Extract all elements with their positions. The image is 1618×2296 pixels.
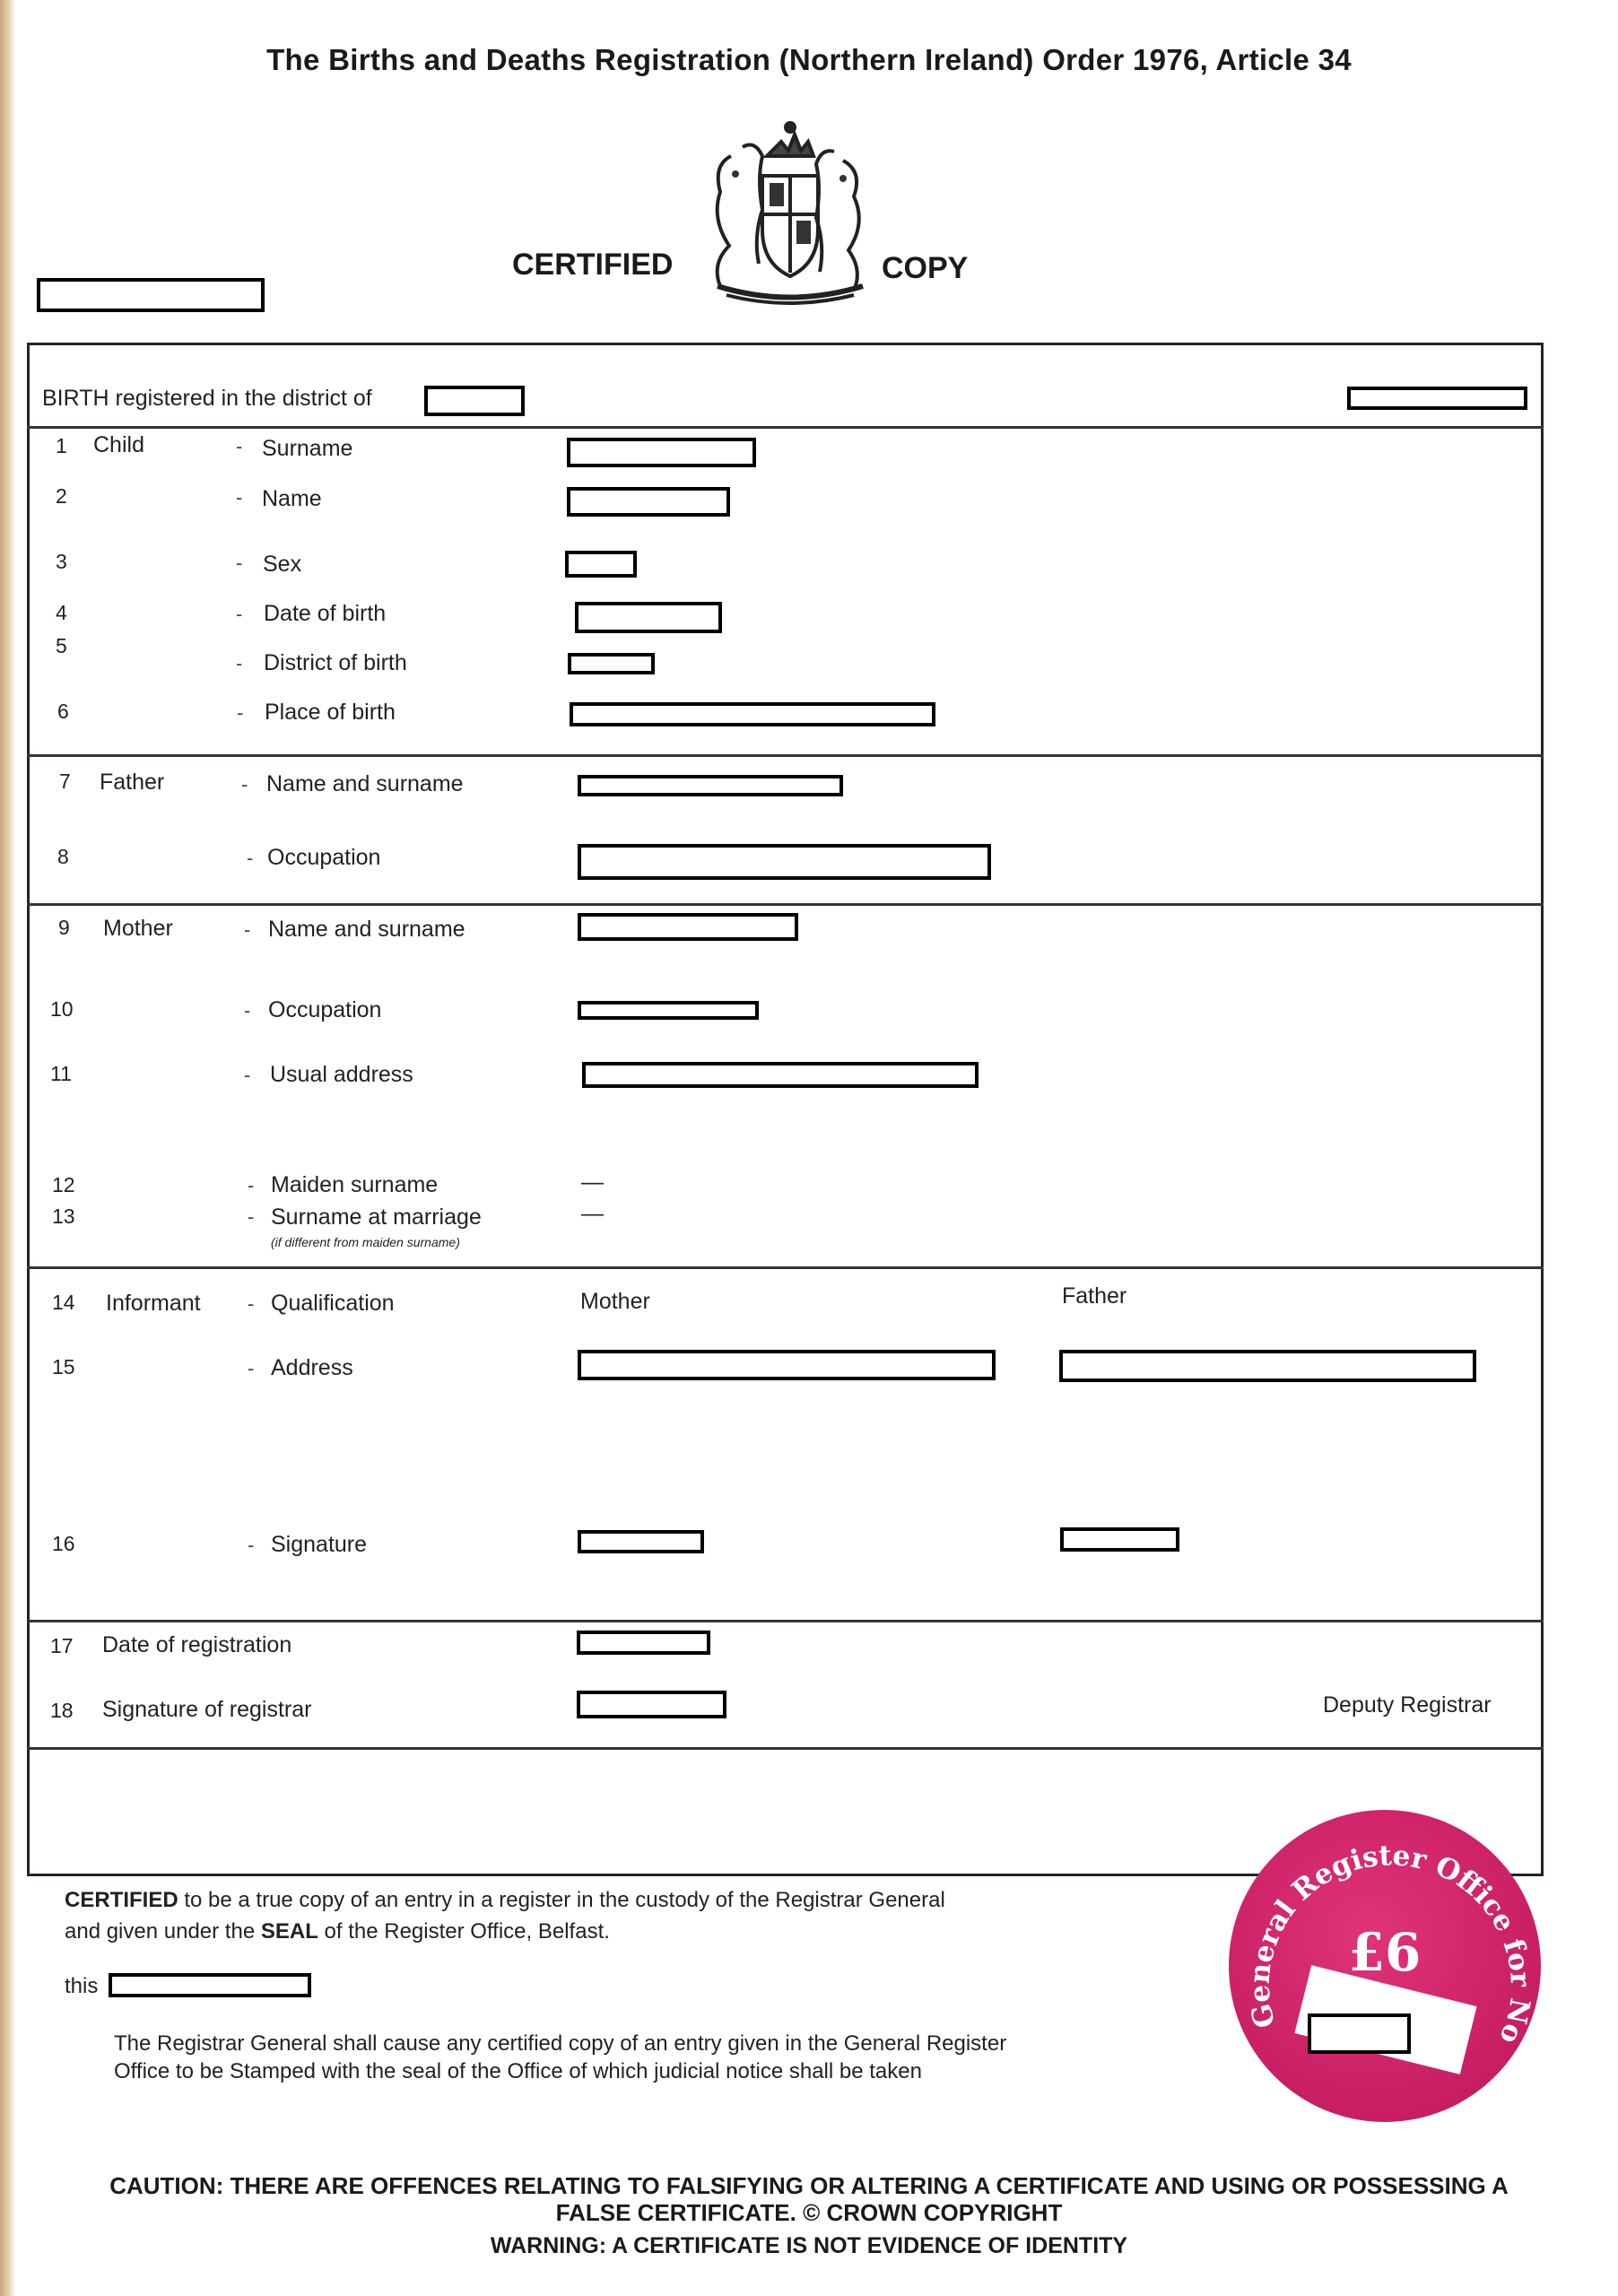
bullet-dash: - [236, 435, 242, 458]
redacted-district-of-birth [568, 653, 655, 674]
registered-district-label: BIRTH registered in the district of [42, 386, 372, 412]
field-number: 16 [52, 1532, 75, 1556]
seal-notice-line2: Office to be Stamped with the seal of th… [114, 2059, 922, 2084]
bullet-dash: - [248, 1205, 254, 1229]
surname-at-marriage-note: (if different from maiden surname) [271, 1235, 460, 1249]
royal-coat-of-arms-icon [691, 120, 890, 309]
bullet-dash: - [237, 701, 243, 725]
field-label-surname: Surname [262, 436, 352, 462]
field-number: 6 [57, 700, 69, 724]
redacted-registrar-signature [577, 1691, 726, 1718]
field-number: 7 [59, 770, 71, 794]
copy-label: COPY [882, 251, 968, 286]
field-label-place-of-birth: Place of birth [265, 700, 396, 726]
section-label-child: Child [93, 432, 144, 458]
field-number: 3 [56, 550, 67, 574]
divider [27, 1266, 1544, 1269]
informant-qualification-mother: Mother [580, 1289, 650, 1315]
redacted-reference-number [37, 278, 265, 312]
redacted-mother-occupation [578, 1001, 759, 1020]
identity-warning: WARNING: A CERTIFICATE IS NOT EVIDENCE O… [0, 2233, 1618, 2259]
seal-notice-line1: The Registrar General shall cause any ce… [114, 2031, 1006, 2057]
certified-label: CERTIFIED [512, 248, 673, 283]
bullet-dash: - [244, 1064, 250, 1087]
field-number: 15 [52, 1355, 75, 1379]
certification-statement-line1: CERTIFIED to be a true copy of an entry … [65, 1888, 945, 1913]
field-number: 4 [56, 601, 67, 625]
field-number: 5 [56, 634, 67, 658]
field-label-date-of-registration: Date of registration [102, 1632, 291, 1658]
field-label-mother-name: Name and surname [268, 917, 465, 943]
divider [27, 754, 1544, 757]
bullet-dash: - [236, 486, 242, 509]
redacted-stamp-number [1308, 2013, 1411, 2054]
redacted-father-name [578, 775, 843, 796]
field-label-usual-address: Usual address [270, 1062, 413, 1088]
redacted-place-of-birth [570, 702, 935, 726]
field-number: 2 [56, 484, 67, 509]
redacted-informant-mother-address [578, 1350, 996, 1380]
field-label-date-of-birth: Date of birth [264, 601, 386, 627]
field-label-informant-signature: Signature [271, 1532, 367, 1558]
field-label-qualification: Qualification [271, 1291, 395, 1317]
redacted-mother-name [578, 913, 798, 941]
field-label-sex: Sex [263, 552, 301, 578]
field-label-district-of-birth: District of birth [264, 650, 407, 676]
caution-line2: FALSE CERTIFICATE. © CROWN COPYRIGHT [0, 2199, 1618, 2227]
field-number: 1 [56, 434, 67, 458]
redacted-date-of-birth [575, 602, 722, 633]
field-label-surname-at-marriage: Surname at marriage [271, 1205, 482, 1231]
registrar-role: Deputy Registrar [1323, 1692, 1492, 1718]
redacted-district [424, 386, 525, 416]
redacted-usual-address [582, 1062, 979, 1088]
divider [27, 426, 1544, 429]
field-number: 12 [52, 1173, 75, 1197]
redacted-date-of-registration [577, 1631, 710, 1655]
bullet-dash: - [247, 847, 253, 870]
informant-qualification-father: Father [1062, 1283, 1127, 1309]
section-label-mother: Mother [103, 916, 173, 942]
redacted-entry-number [1347, 387, 1527, 410]
redacted-child-name [567, 487, 730, 517]
field-label-mother-occupation: Occupation [268, 997, 381, 1023]
divider [27, 1747, 1544, 1750]
redacted-certification-date [109, 1973, 311, 1997]
redacted-child-surname [567, 438, 756, 467]
redacted-father-occupation [578, 844, 991, 880]
this-date-label: this [65, 1974, 98, 1999]
field-label-informant-address: Address [271, 1355, 353, 1381]
bullet-dash: - [248, 1174, 254, 1197]
redacted-informant-father-signature [1060, 1527, 1179, 1552]
fee-stamp: General Register Office for Northern Ire… [1229, 1810, 1541, 2122]
divider [27, 903, 1544, 906]
redacted-child-sex [565, 551, 637, 578]
bullet-dash: - [248, 1534, 254, 1557]
stamp-fee-value: £6 [1229, 1922, 1541, 1983]
field-number: 17 [50, 1634, 74, 1658]
field-label-father-occupation: Occupation [267, 845, 380, 871]
bullet-dash: - [241, 773, 248, 796]
redacted-informant-father-address [1059, 1350, 1476, 1382]
bullet-dash: - [248, 1357, 254, 1380]
bullet-dash: - [248, 1292, 254, 1316]
document-title: The Births and Deaths Registration (Nort… [0, 43, 1618, 77]
divider [27, 1620, 1544, 1622]
certification-statement-line2: and given under the SEAL of the Register… [65, 1919, 610, 1944]
bullet-dash: - [236, 652, 242, 675]
field-number: 9 [58, 916, 70, 940]
field-number: 8 [57, 845, 69, 869]
field-label-father-name: Name and surname [266, 771, 464, 797]
redacted-informant-mother-signature [578, 1530, 704, 1553]
section-label-informant: Informant [106, 1291, 201, 1317]
page-edge-shadow [0, 0, 14, 2296]
field-number: 13 [52, 1205, 75, 1229]
surname-at-marriage-value: — [581, 1201, 604, 1227]
caution-line1: CAUTION: THERE ARE OFFENCES RELATING TO … [0, 2172, 1618, 2200]
bullet-dash: - [244, 918, 250, 942]
field-label-name: Name [262, 486, 322, 512]
bullet-dash: - [244, 999, 250, 1022]
field-label-maiden-surname: Maiden surname [271, 1172, 438, 1198]
field-label-signature-of-registrar: Signature of registrar [102, 1697, 311, 1723]
section-label-father: Father [100, 770, 164, 796]
bullet-dash: - [236, 603, 242, 626]
bullet-dash: - [236, 552, 242, 575]
field-number: 14 [52, 1291, 75, 1315]
field-number: 10 [50, 997, 74, 1022]
field-number: 18 [50, 1699, 74, 1723]
maiden-surname-value: — [581, 1170, 604, 1196]
field-number: 11 [50, 1062, 72, 1086]
